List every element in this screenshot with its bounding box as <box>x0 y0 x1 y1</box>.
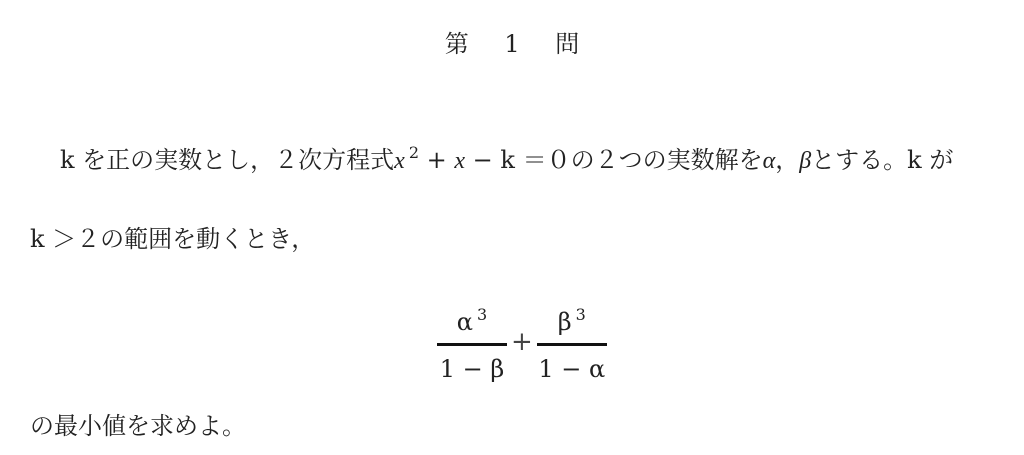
numerator-base: β <box>558 308 572 336</box>
numerator: β3 <box>552 300 592 343</box>
statement-text: − k ＝０の２つの実数解を <box>465 146 763 174</box>
exponent: 3 <box>576 305 586 324</box>
exponent: 3 <box>477 305 487 324</box>
denominator: 1 − β <box>440 346 505 384</box>
expression: α3 1 − β + β3 1 − α <box>437 300 607 384</box>
title-word-dai: 第 <box>445 24 469 59</box>
exponent: 2 <box>409 143 419 162</box>
problem-title: 第 1 問 <box>0 24 1024 59</box>
denominator: 1 − α <box>538 346 605 384</box>
variable-x: x <box>394 148 405 174</box>
fraction-2: β3 1 − α <box>537 300 607 384</box>
variable-x: x <box>454 148 465 174</box>
fraction-1: α3 1 − β <box>437 300 507 384</box>
variable-alpha: α <box>763 148 776 174</box>
numerator: α3 <box>451 300 493 343</box>
comma: ， <box>775 146 799 174</box>
problem-statement-line-1: k を正の実数とし，２次方程式x2 + x − k ＝０の２つの実数解をα，βと… <box>60 137 953 177</box>
numerator-base: α <box>457 308 473 336</box>
plus-operator: + <box>511 327 533 357</box>
statement-text: k を正の実数とし，２次方程式 <box>60 146 394 174</box>
statement-text: とする。k が <box>811 146 953 174</box>
problem-statement-line-2: k ＞２の範囲を動くとき， <box>30 223 315 255</box>
title-word-mon: 問 <box>555 24 579 59</box>
plus-sign: + <box>419 146 454 174</box>
problem-statement-line-3: の最小値を求めよ。 <box>30 410 246 442</box>
title-number: 1 <box>504 30 519 58</box>
variable-beta: β <box>799 148 811 174</box>
